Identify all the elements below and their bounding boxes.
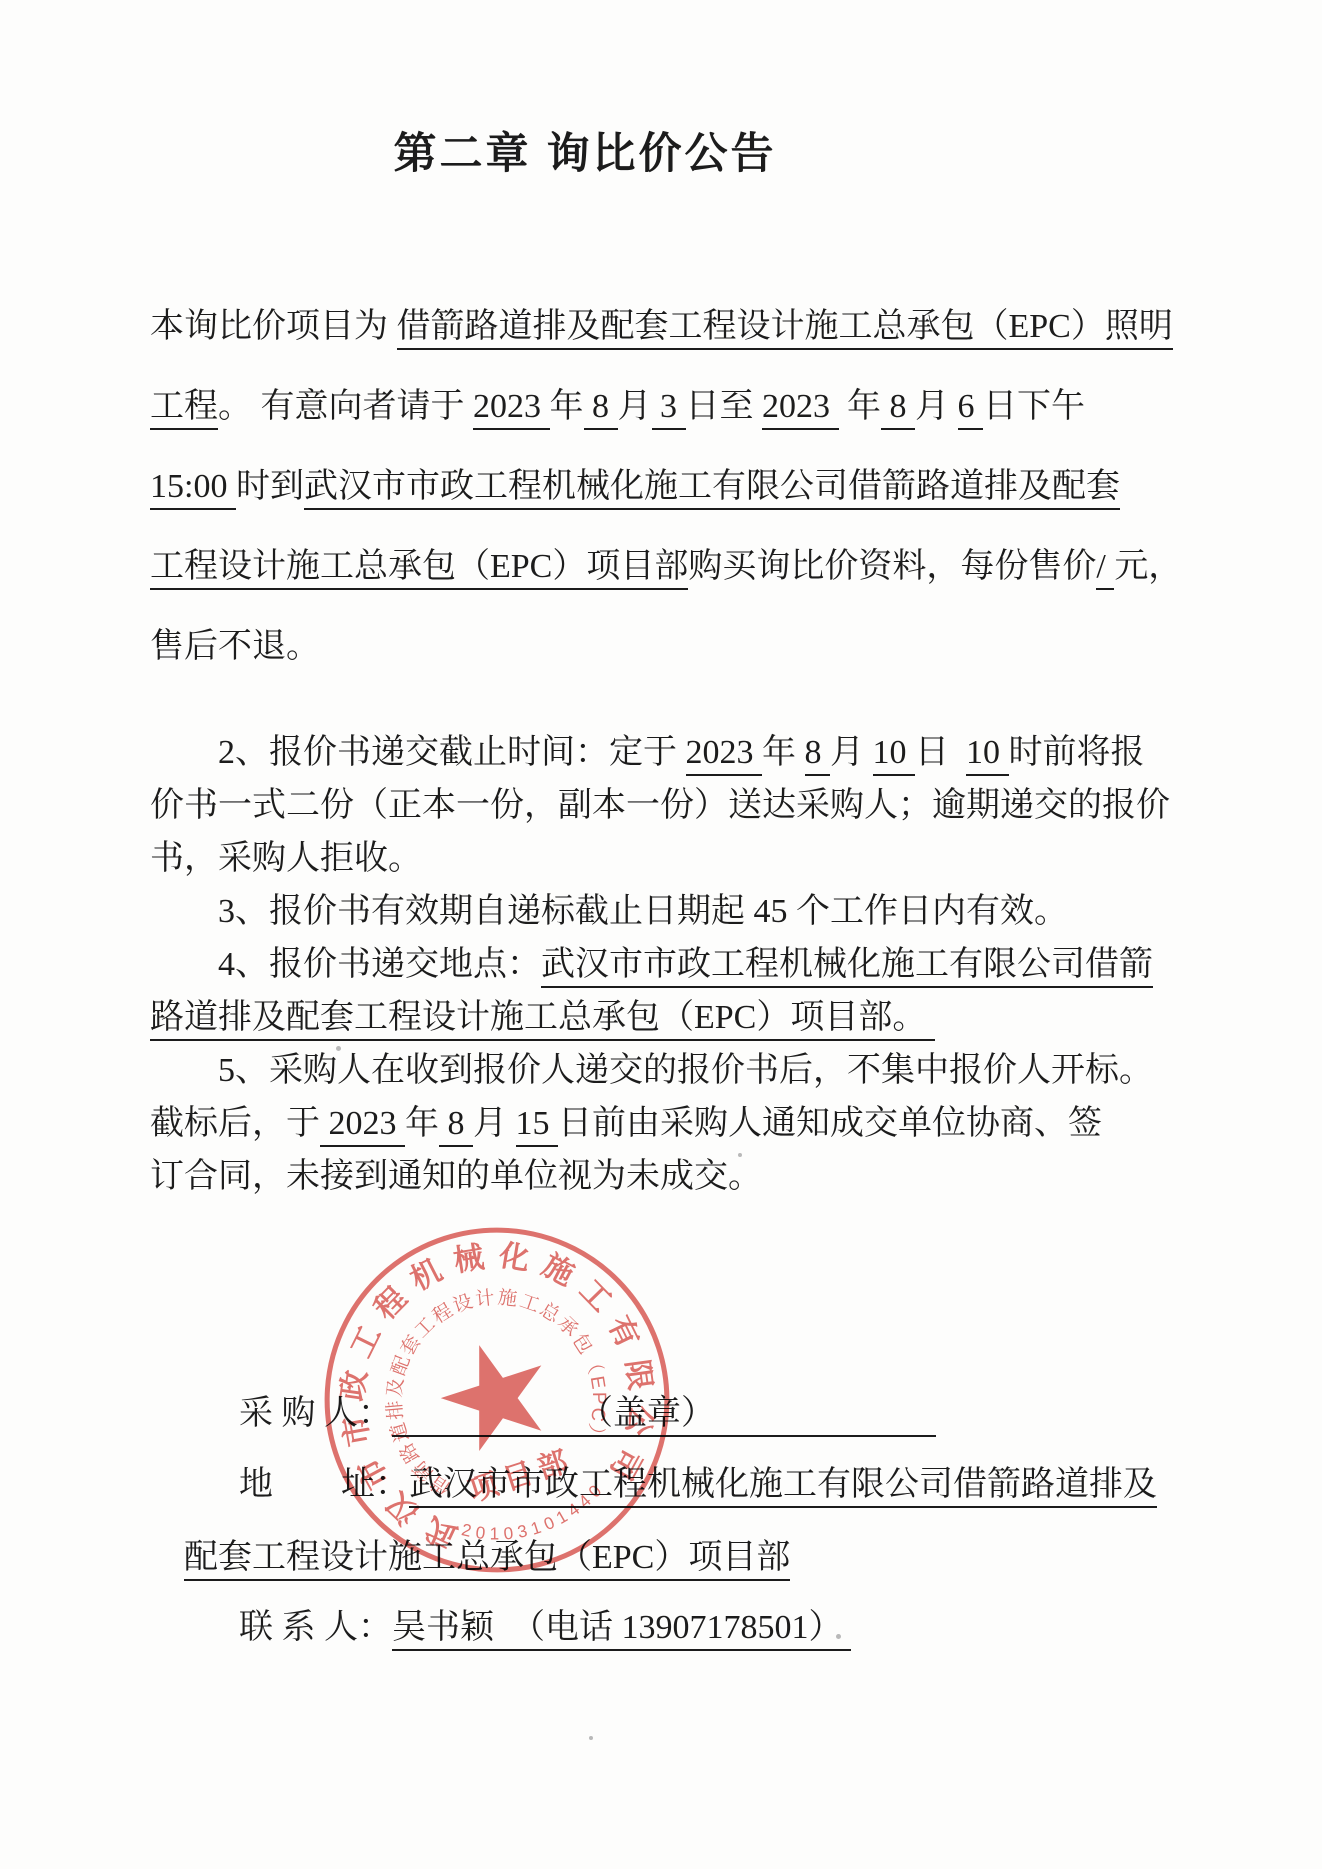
text-line: 5、采购人在收到报价人递交的报价书后，不集中报价人开标。 (150, 1044, 1230, 1097)
underlined-segment: 2023 (762, 388, 839, 430)
text-line: 书，采购人拒收。 (150, 832, 1230, 885)
text-segment: 月 (915, 388, 958, 425)
underlined-segment: 2023 (473, 388, 550, 430)
underlined-segment: 工程设计施工总承包（EPC）项目部 (150, 548, 688, 590)
underlined-segment: 武汉市市政工程机械化施工有限公司借箭 (541, 946, 1153, 988)
text-line: 15:00 时到武汉市市政工程机械化施工有限公司借箭路道排及配套 (150, 447, 1230, 527)
text-line: 售后不退。 (150, 607, 1230, 687)
underlined-segment: 10 (873, 734, 916, 776)
text-segment: 年 (550, 388, 584, 425)
text-segment: 时前将报 (1009, 734, 1145, 771)
text-segment: 元， (1114, 548, 1182, 585)
text-segment: 书，采购人拒收。 (150, 840, 422, 877)
text-segment: 日前由采购人通知成交单位协商、签 (558, 1105, 1102, 1142)
text-line: 工程设计施工总承包（EPC）项目部购买询比价资料，每份售价/ 元， (150, 527, 1230, 607)
page-title: 第二章 询比价公告 (0, 120, 1170, 181)
text-segment: 售后不退。 (150, 628, 320, 665)
contact-value: 吴书颖 （电话 13907178501） (392, 1609, 851, 1651)
underlined-segment: 8 (805, 734, 831, 776)
text-line: 价书一式二份（正本一份，副本一份）送达采购人；逾期递交的报价 (150, 779, 1230, 832)
text-line: 吴书颖 （电话 13907178501） (392, 1609, 851, 1651)
underlined-segment: 工程 (150, 388, 218, 430)
underlined-segment: 武汉市市政工程机械化施工有限公司借箭路道排及配套 (304, 468, 1120, 510)
text-line: 截标后，于 2023 年 8 月 15 日前由采购人通知成交单位协商、签 (150, 1097, 1230, 1150)
underlined-segment: 2023 (686, 734, 763, 776)
underlined-segment: 15:00 (150, 468, 236, 510)
text-segment: 日下午 (983, 388, 1085, 425)
underlined-segment: / (1096, 548, 1114, 590)
underlined-segment: 15 (516, 1105, 559, 1147)
text-segment: 5、采购人在收到报价人递交的报价书后，不集中报价人开标。 (218, 1052, 1153, 1089)
document-page: 第二章 询比价公告 本询比价项目为 借箭路道排及配套工程设计施工总承包（EPC）… (0, 0, 1322, 1869)
text-line: 3、报价书有效期自递标截止日期起 45 个工作日内有效。 (150, 885, 1230, 938)
text-segment: 月 (618, 388, 652, 425)
text-segment: 日至 (686, 388, 763, 425)
text-line: 工程。 有意向者请于 2023 年 8 月 3 日至 2023 年 8 月 6 … (150, 367, 1230, 447)
text-segment: 2、报价书递交截止时间：定于 (218, 734, 686, 771)
text-segment: 月 (473, 1105, 516, 1142)
text-segment: 订合同，未接到通知的单位视为未成交。 (150, 1158, 762, 1195)
text-segment: 年 (762, 734, 805, 771)
text-segment: 3、报价书有效期自递标截止日期起 45 个工作日内有效。 (218, 893, 1068, 930)
text-segment: 价书一式二份（正本一份，副本一份）送达采购人；逾期递交的报价 (150, 787, 1170, 824)
underlined-segment: 6 (958, 388, 984, 430)
text-line: 订合同，未接到通知的单位视为未成交。 (150, 1150, 1230, 1203)
scan-speck (738, 1153, 742, 1157)
contact-label: 联 系 人： (239, 1609, 392, 1646)
underlined-segment: 吴书颖 （电话 13907178501） (392, 1609, 851, 1651)
text-line: 4、报价书递交地点：武汉市市政工程机械化施工有限公司借箭 (150, 938, 1230, 991)
scan-speck (836, 1634, 841, 1639)
text-segment: 月 (830, 734, 873, 771)
underlined-segment: 8 (584, 388, 618, 430)
text-segment: 。 有意向者请于 (218, 388, 473, 425)
numbered-items: 2、报价书递交截止时间：定于 2023 年 8 月 10 日 10 时前将报价书… (150, 726, 1230, 1203)
text-segment: 本询比价项目为 (150, 308, 397, 345)
contact-row: 联 系 人：吴书颖 （电话 13907178501） (205, 1556, 851, 1700)
text-segment: 日 (915, 734, 966, 771)
text-segment: 时到 (236, 468, 304, 505)
text-line: 路道排及配套工程设计施工总承包（EPC）项目部。 (150, 991, 1230, 1044)
underlined-segment: 路道排及配套工程设计施工总承包（EPC）项目部。 (150, 999, 935, 1041)
intro-paragraph: 本询比价项目为 借箭路道排及配套工程设计施工总承包（EPC）照明工程。 有意向者… (150, 287, 1230, 687)
text-line: 2、报价书递交截止时间：定于 2023 年 8 月 10 日 10 时前将报 (150, 726, 1230, 779)
text-segment: 截标后，于 (150, 1105, 320, 1142)
underlined-segment: 3 (652, 388, 686, 430)
underlined-segment: 8 (881, 388, 915, 430)
underlined-segment: 8 (439, 1105, 473, 1147)
underlined-segment: 10 (966, 734, 1009, 776)
underlined-segment: 2023 (320, 1105, 405, 1147)
scan-speck (336, 1046, 341, 1051)
scan-speck (589, 1736, 593, 1740)
text-segment: 购买询比价资料，每份售价 (688, 548, 1096, 585)
underlined-segment: 借箭路道排及配套工程设计施工总承包（EPC）照明 (397, 308, 1173, 350)
text-segment: 4、报价书递交地点： (218, 946, 541, 983)
text-line: 本询比价项目为 借箭路道排及配套工程设计施工总承包（EPC）照明 (150, 287, 1230, 367)
text-segment: 年 (405, 1105, 439, 1142)
text-segment: 年 (839, 388, 882, 425)
